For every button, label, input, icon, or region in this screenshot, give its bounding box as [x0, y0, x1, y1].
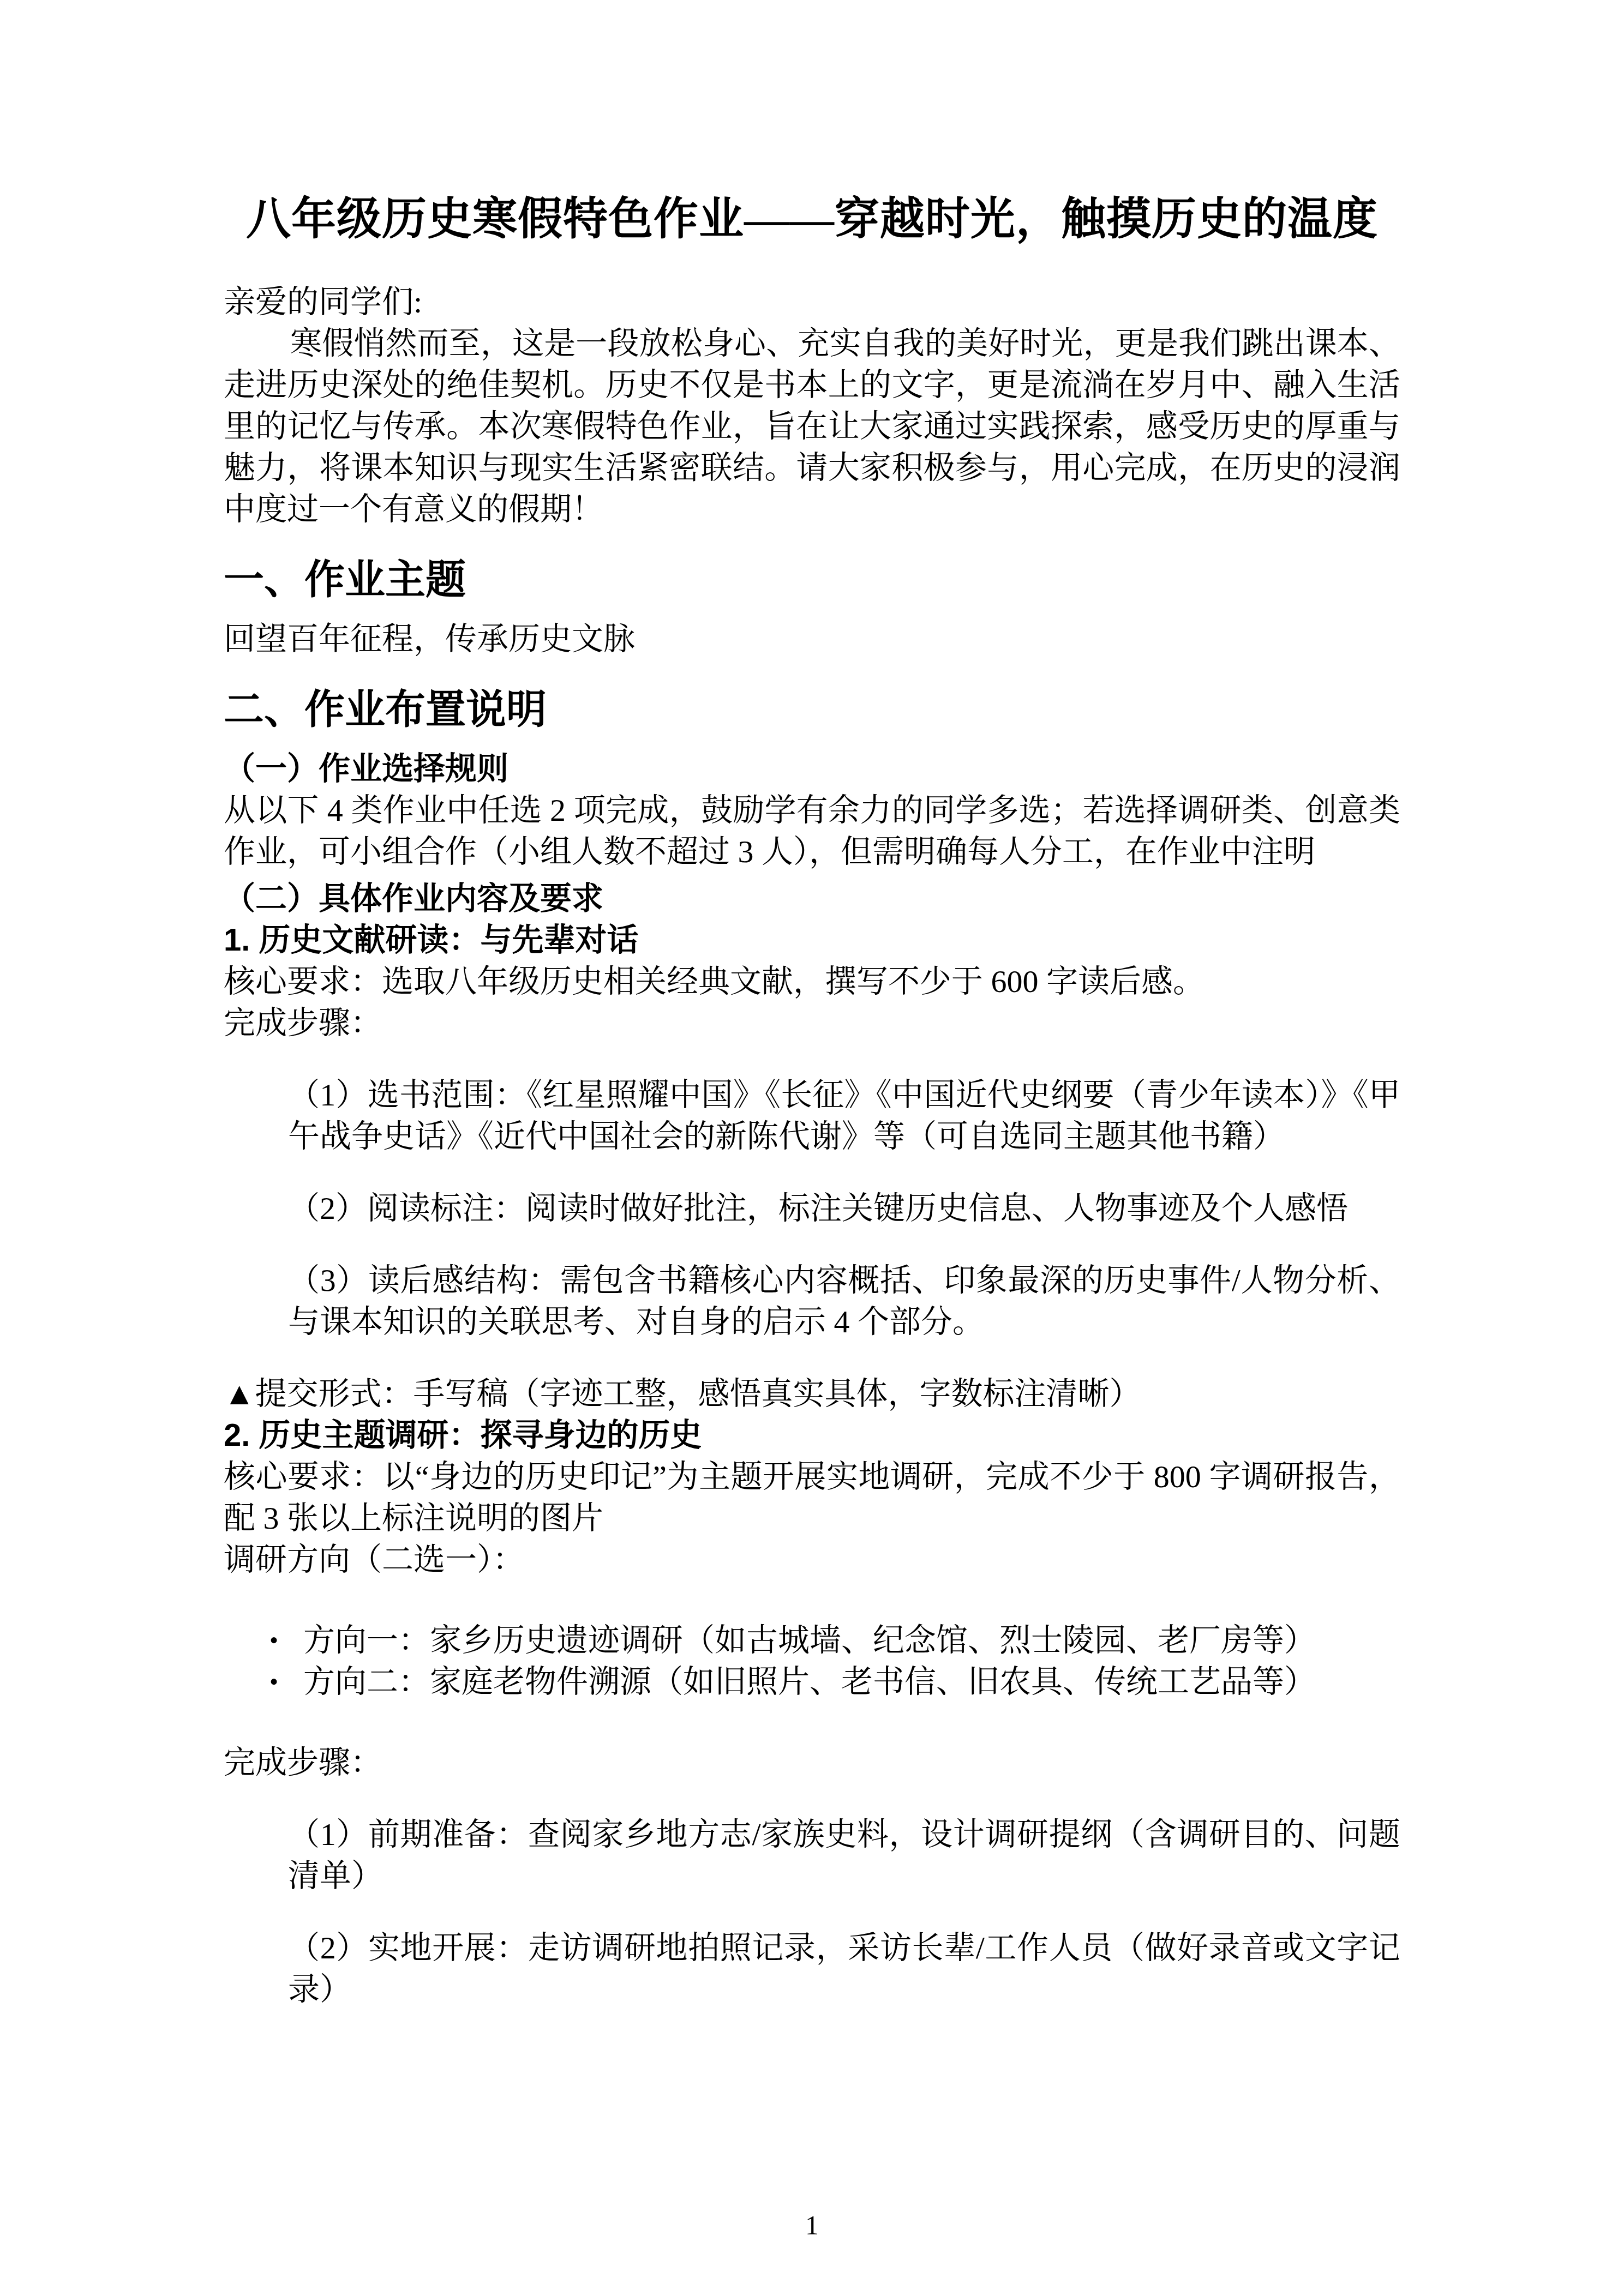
section-heading: 二、作业布置说明 [224, 684, 1400, 735]
bullet-icon: • [269, 1620, 303, 1661]
paragraph: ▲提交形式：手写稿（字迹工整，感悟真实具体，字数标注清晰） [224, 1373, 1400, 1415]
intro-paragraph: 寒假悄然而至，这是一段放松身心、充实自我的美好时光，更是我们跳出课本、走进历史深… [224, 323, 1400, 530]
page-number: 1 [805, 2210, 819, 2240]
bullet-item: •方向二：家庭老物件溯源（如旧照片、老书信、旧农具、传统工艺品等） [224, 1661, 1400, 1703]
document-page: 八年级历史寒假特色作业——穿越时光，触摸历史的温度 亲爱的同学们: 寒假悄然而至… [0, 0, 1624, 2296]
numbered-heading: 2. 历史主题调研：探寻身边的历史 [224, 1415, 1400, 1456]
paragraph: 从以下 4 类作业中任选 2 项完成，鼓励学有余力的同学多选；若选择调研类、创意… [224, 790, 1400, 873]
paragraph: 核心要求：选取八年级历史相关经典文献，撰写不少于 600 字读后感。 [224, 961, 1400, 1002]
section-subheading: （一）作业选择规则 [224, 748, 1400, 790]
page-footer: 1 [0, 2209, 1624, 2241]
list-item: （1）前期准备：查阅家乡地方志/家族史料，设计调研提纲（含调研目的、问题清单） [224, 1814, 1400, 1897]
bullet-item: •方向一：家乡历史遗迹调研（如古城墙、纪念馆、烈士陵园、老厂房等） [224, 1620, 1400, 1661]
paragraph: 核心要求：以“身边的历史印记”为主题开展实地调研，完成不少于 800 字调研报告… [224, 1456, 1400, 1539]
document-sections: 一、作业主题回望百年征程，传承历史文脉二、作业布置说明（一）作业选择规则从以下 … [224, 554, 1400, 2010]
bullet-text: 方向二：家庭老物件溯源（如旧照片、老书信、旧农具、传统工艺品等） [303, 1661, 1400, 1703]
paragraph: 完成步骤： [224, 1002, 1400, 1044]
list-item: （1）选书范围：《红星照耀中国》《长征》《中国近代史纲要（青少年读本）》《甲午战… [224, 1074, 1400, 1157]
document-title: 八年级历史寒假特色作业——穿越时光，触摸历史的温度 [224, 191, 1400, 248]
paragraph: 完成步骤： [224, 1742, 1400, 1783]
numbered-heading: 1. 历史文献研读：与先辈对话 [224, 919, 1400, 961]
bullet-text: 方向一：家乡历史遗迹调研（如古城墙、纪念馆、烈士陵园、老厂房等） [303, 1620, 1400, 1661]
section-heading: 一、作业主题 [224, 554, 1400, 605]
paragraph: 回望百年征程，传承历史文脉 [224, 618, 1400, 660]
section-subheading: （二）具体作业内容及要求 [224, 878, 1400, 919]
list-item: （2）实地开展：走访调研地拍照记录，采访长辈/工作人员（做好录音或文字记录） [224, 1927, 1400, 2010]
bullet-icon: • [269, 1661, 303, 1703]
list-item: （3）读后感结构：需包含书籍核心内容概括、印象最深的历史事件/人物分析、与课本知… [224, 1260, 1400, 1343]
list-item: （2）阅读标注：阅读时做好批注，标注关键历史信息、人物事迹及个人感悟 [224, 1188, 1400, 1229]
salutation: 亲爱的同学们: [224, 281, 1400, 323]
paragraph: 调研方向（二选一）： [224, 1539, 1400, 1580]
